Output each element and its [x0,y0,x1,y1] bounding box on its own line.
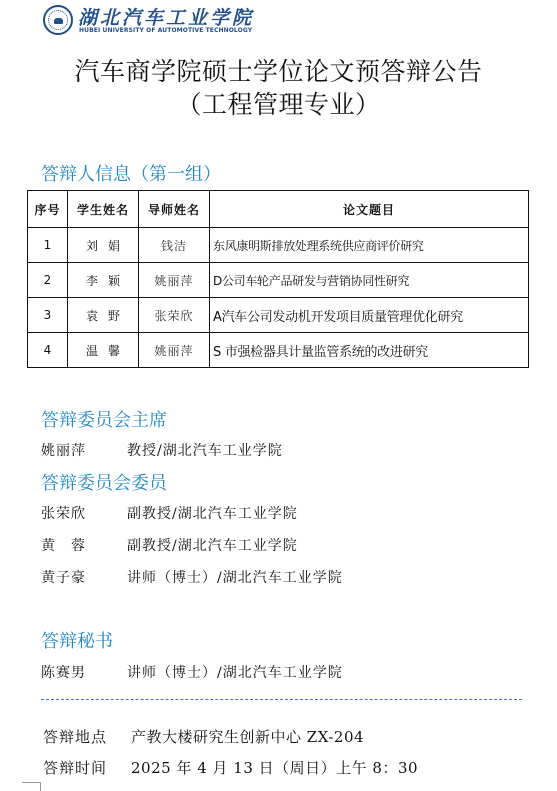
table-row: 3 袁野 张荣欣 A汽车公司发动机开发项目质量管理优化研究 [28,298,529,333]
person-title: 副教授/湖北汽车工业学院 [127,506,298,522]
table-header-row: 序号 学生姓名 导师姓名 论文题目 [28,191,529,228]
section-heading-secretary: 答辩秘书 [41,627,113,653]
secretary-entry: 陈赛男讲师（博士）/湖北汽车工业学院 [41,662,343,682]
logo-english-name: HUBEI UNIVERSITY OF AUTOMOTIVE TECHNOLOG… [79,27,252,34]
cell-supervisor: 钱洁 [139,228,210,263]
cell-no: 3 [28,298,68,333]
section-heading-chair: 答辩委员会主席 [41,406,167,432]
person-title: 副教授/湖北汽车工业学院 [127,538,298,554]
member-entry: 张荣欣副教授/湖北汽车工业学院 [41,503,298,523]
column-header-supervisor: 导师姓名 [139,191,210,228]
cell-student: 李颖 [68,263,139,298]
page-title: 汽车商学院硕士学位论文预答辩公告 [0,52,557,88]
cell-supervisor: 姚丽萍 [139,333,210,368]
cell-no: 1 [28,228,68,263]
defense-location: 答辩地点产教大楼研究生创新中心 ZX-204 [43,726,364,747]
time-value: 2025 年 4 月 13 日（周日）上午 8：30 [131,759,418,777]
cell-no: 2 [28,263,68,298]
defense-table: 序号 学生姓名 导师姓名 论文题目 1 刘娟 钱洁 东风康明斯排放处理系统供应商… [27,190,529,368]
university-seal-icon [43,5,73,35]
cell-supervisor: 姚丽萍 [139,263,210,298]
dashed-divider [41,699,522,700]
table-row: 4 温馨 姚丽萍 S 市强检器具计量监管系统的改进研究 [28,333,529,368]
cell-thesis: S 市强检器具计量监管系统的改进研究 [210,333,529,368]
location-label: 答辩地点 [43,726,131,747]
column-header-no: 序号 [28,191,68,228]
person-name: 黄 蓉 [41,535,127,555]
person-name: 陈赛男 [41,662,127,682]
university-logo: 湖北汽车工业学院 HUBEI UNIVERSITY OF AUTOMOTIVE … [43,5,233,37]
section-heading-defense-info: 答辩人信息（第一组） [41,160,221,186]
table-row: 2 李颖 姚丽萍 D公司车轮产品研发与营销协同性研究 [28,263,529,298]
person-name: 张荣欣 [41,503,127,523]
member-entry: 黄 蓉副教授/湖北汽车工业学院 [41,535,298,555]
person-title: 教授/湖北汽车工业学院 [127,443,283,459]
cell-student: 刘娟 [68,228,139,263]
person-title: 讲师（博士）/湖北汽车工业学院 [127,665,343,681]
person-name: 黄子豪 [41,567,127,587]
cell-no: 4 [28,333,68,368]
cell-thesis: D公司车轮产品研发与营销协同性研究 [210,263,529,298]
cell-supervisor: 张荣欣 [139,298,210,333]
page-corner-mark [22,782,41,791]
member-entry: 黄子豪讲师（博士）/湖北汽车工业学院 [41,567,343,587]
time-label: 答辩时间 [43,757,131,778]
table-row: 1 刘娟 钱洁 东风康明斯排放处理系统供应商评价研究 [28,228,529,263]
chair-entry: 姚丽萍教授/湖北汽车工业学院 [41,440,283,460]
cell-thesis: 东风康明斯排放处理系统供应商评价研究 [210,228,529,263]
page-subtitle: （工程管理专业） [0,85,557,121]
section-heading-members: 答辩委员会委员 [41,469,167,495]
location-value: 产教大楼研究生创新中心 ZX-204 [131,728,364,746]
logo-chinese-name: 湖北汽车工业学院 [78,3,254,30]
defense-time: 答辩时间2025 年 4 月 13 日（周日）上午 8：30 [43,757,418,778]
person-title: 讲师（博士）/湖北汽车工业学院 [127,570,343,586]
column-header-student: 学生姓名 [68,191,139,228]
person-name: 姚丽萍 [41,440,127,460]
cell-student: 温馨 [68,333,139,368]
cell-thesis: A汽车公司发动机开发项目质量管理优化研究 [210,298,529,333]
column-header-thesis: 论文题目 [210,191,529,228]
cell-student: 袁野 [68,298,139,333]
